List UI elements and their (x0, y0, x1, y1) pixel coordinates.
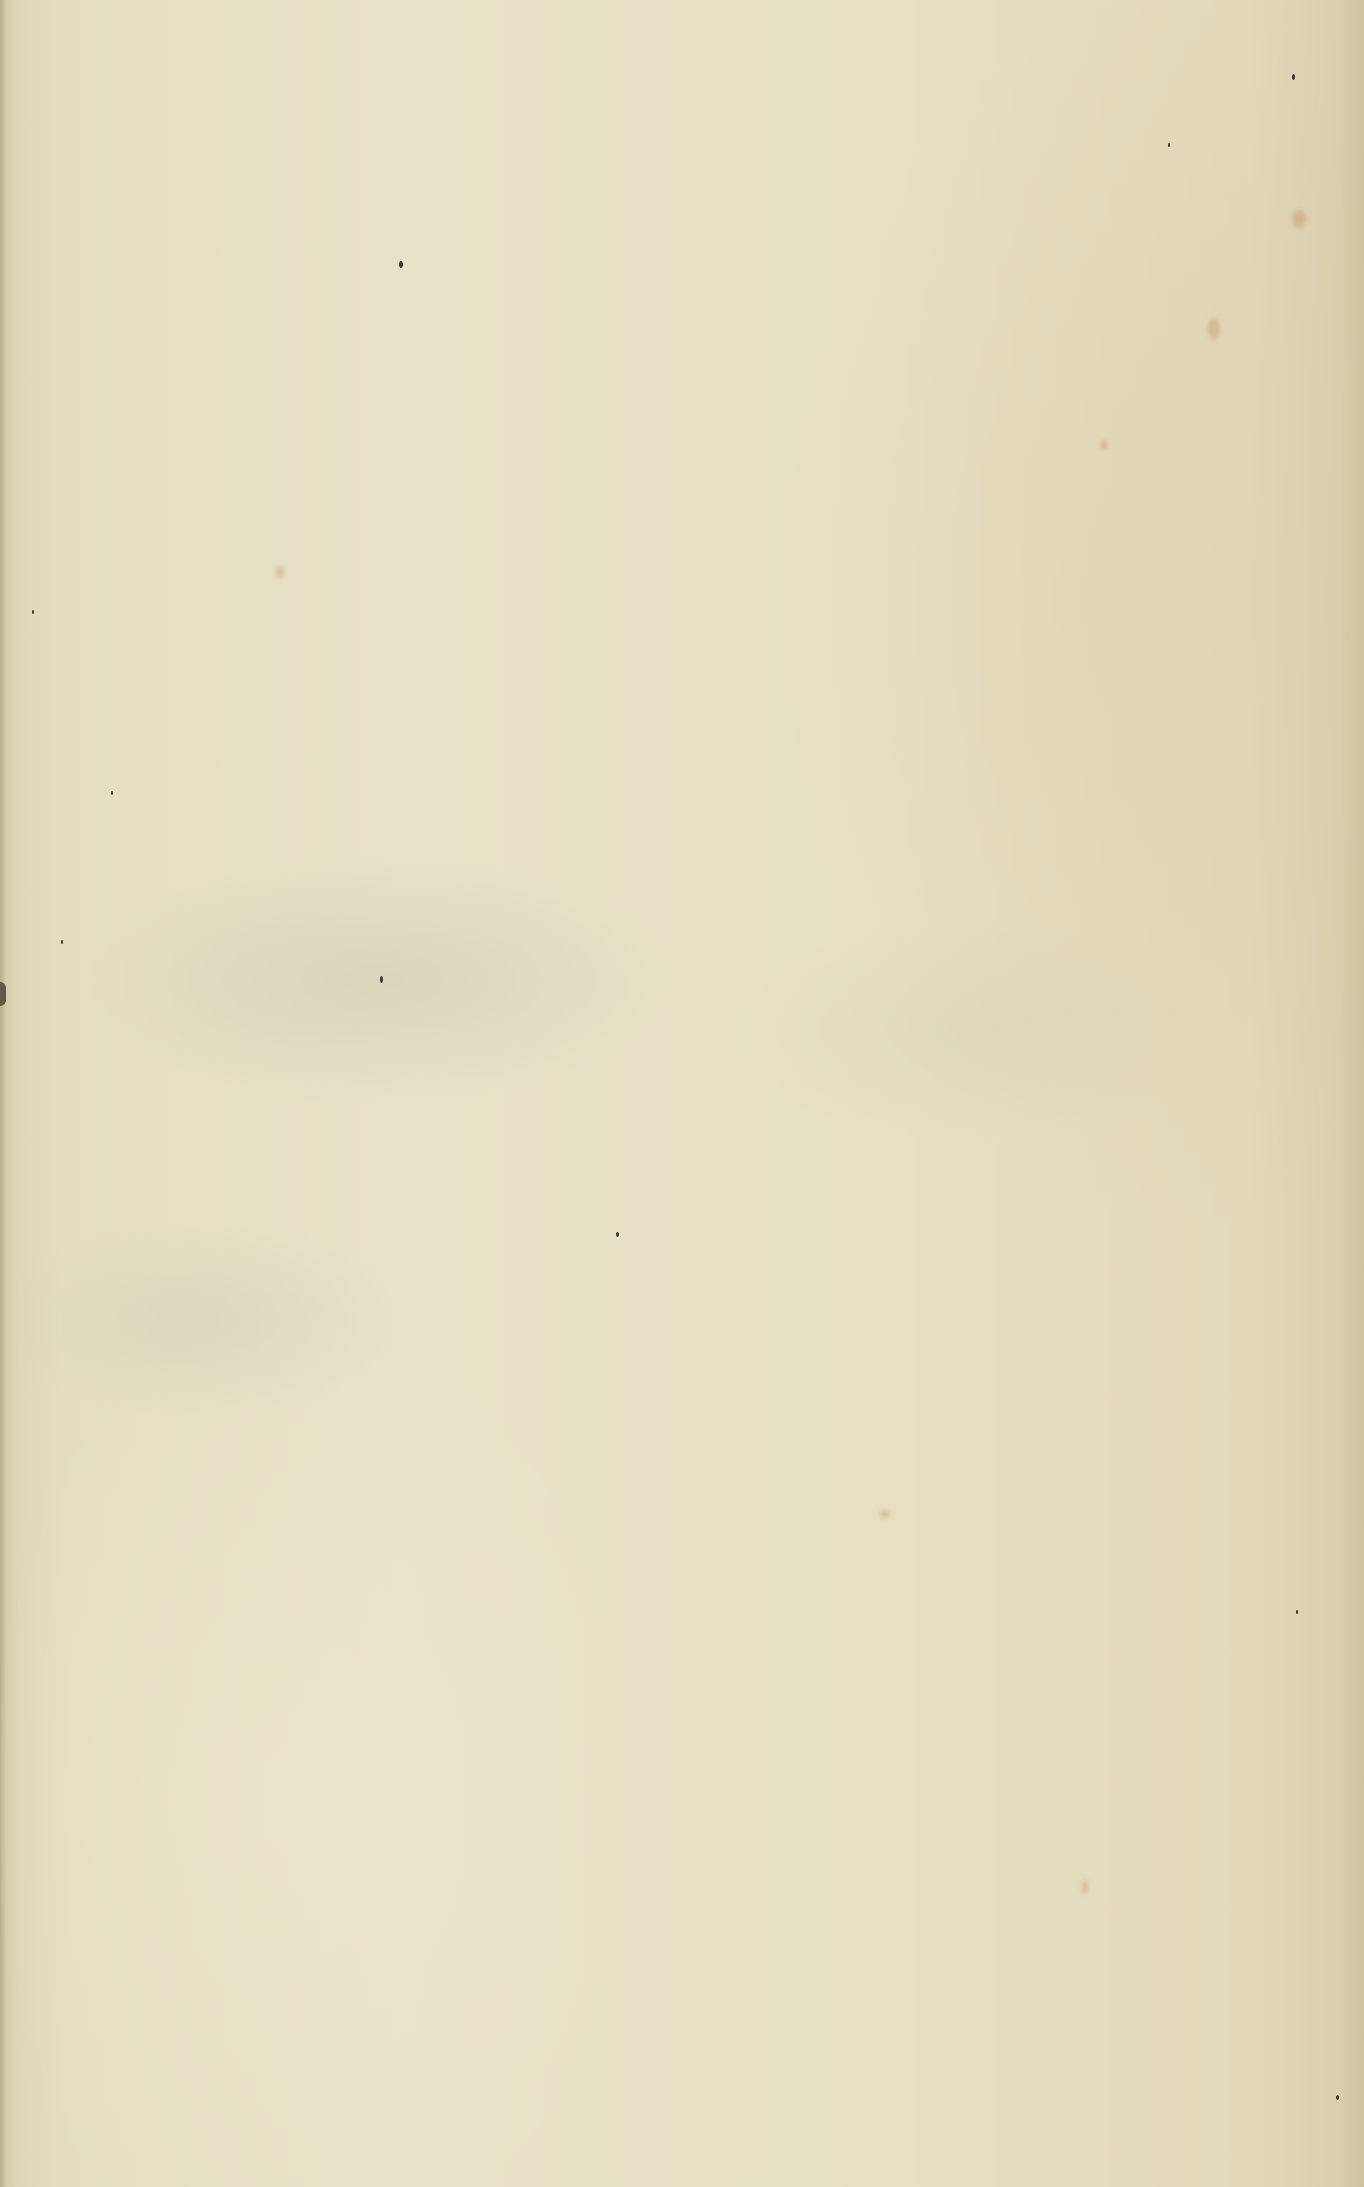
foxing-stain (880, 1510, 890, 1518)
foxing-stain (1100, 440, 1108, 450)
paper-speck (380, 976, 383, 983)
foxing-stain (1082, 1880, 1088, 1894)
paper-speck (1296, 1610, 1298, 1614)
blank-paper-page (0, 0, 1364, 2187)
paper-speck (32, 610, 34, 614)
paper-speck (1168, 143, 1170, 147)
paper-speck (111, 791, 113, 795)
foxing-stain (276, 566, 284, 578)
paper-speck (616, 1232, 619, 1237)
page-left-edge (0, 0, 6, 2187)
binding-mark (0, 982, 6, 1006)
foxing-stain (1208, 318, 1220, 340)
paper-speck (1292, 74, 1295, 80)
paper-speck (1336, 2095, 1339, 2100)
foxing-stain (1292, 210, 1306, 228)
paper-speck (61, 940, 63, 944)
paper-speck (399, 261, 403, 268)
